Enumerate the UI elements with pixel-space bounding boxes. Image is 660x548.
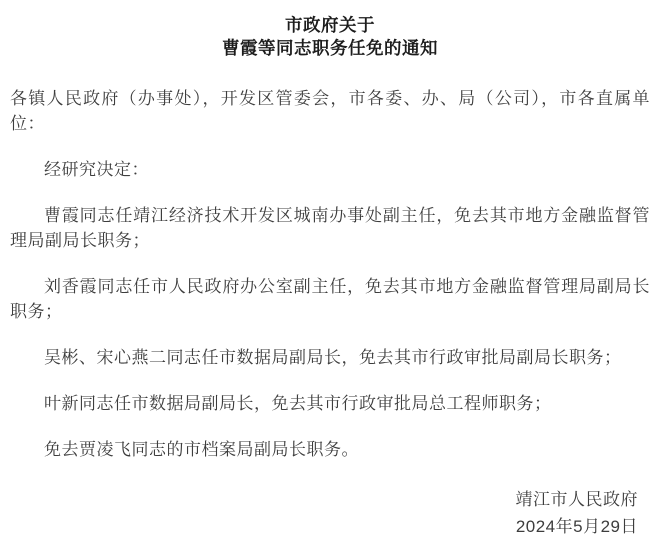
signature-block: 靖江市人民政府 2024年5月29日 (10, 486, 650, 540)
notice-title-line-1: 市政府关于 (10, 14, 650, 37)
removal-paragraph-jialingfei: 免去贾凌飞同志的市档案局副局长职务。 (10, 437, 650, 462)
signature-date: 2024年5月29日 (10, 513, 638, 540)
notice-document: 市政府关于 曹霞等同志职务任免的通知 各镇人民政府（办事处），开发区管委会，市各… (0, 0, 660, 548)
addressee-paragraph: 各镇人民政府（办事处），开发区管委会，市各委、办、局（公司），市各直属单位： (10, 86, 650, 136)
appointment-paragraph-wubin-songxinyan: 吴彬、宋心燕二同志任市数据局副局长，免去其市行政审批局副局长职务； (10, 345, 650, 370)
signature-issuer: 靖江市人民政府 (10, 486, 638, 513)
decision-intro-paragraph: 经研究决定： (10, 157, 650, 182)
notice-body: 各镇人民政府（办事处），开发区管委会，市各委、办、局（公司），市各直属单位： 经… (10, 86, 650, 462)
notice-title-line-2: 曹霞等同志职务任免的通知 (10, 37, 650, 60)
appointment-paragraph-liuxiangxia: 刘香霞同志任市人民政府办公室副主任，免去其市地方金融监督管理局副局长职务； (10, 274, 650, 324)
appointment-paragraph-yexin: 叶新同志任市数据局副局长，免去其市行政审批局总工程师职务； (10, 391, 650, 416)
notice-title: 市政府关于 曹霞等同志职务任免的通知 (10, 14, 650, 60)
appointment-paragraph-caoxia: 曹霞同志任靖江经济技术开发区城南办事处副主任，免去其市地方金融监督管理局副局长职… (10, 203, 650, 253)
